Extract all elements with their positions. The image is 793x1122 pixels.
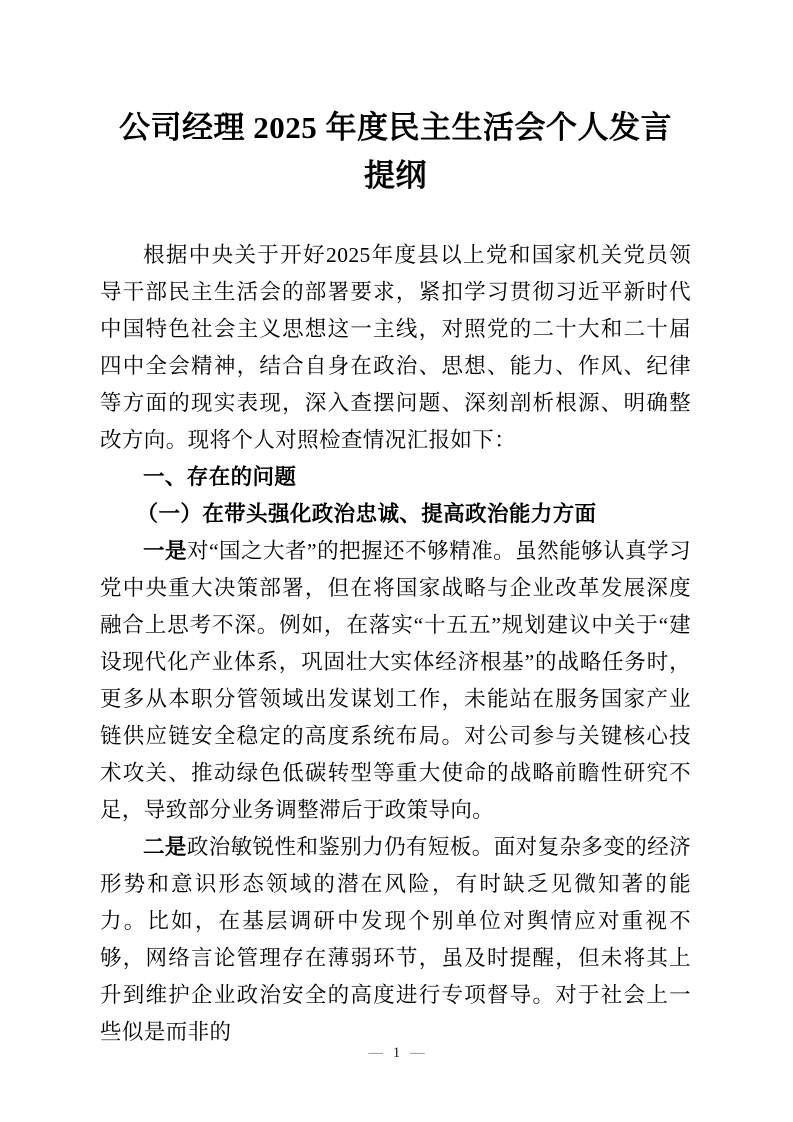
document-title: 公司经理 2025 年度民主生活会个人发言 提纲: [100, 104, 691, 200]
item-2-paragraph: 二是政治敏锐性和鉴别力仍有短板。面对复杂多变的经济形势和意识形态领域的潜在风险，…: [100, 829, 691, 1051]
item-1-text: 对“国之大者”的把握还不够精准。虽然能够认真学习党中央重大决策部署，但在将国家战…: [100, 539, 691, 822]
document-page: 公司经理 2025 年度民主生活会个人发言 提纲 根据中央关于开好2025年度县…: [0, 0, 793, 1122]
footer-dash-right: —: [410, 1045, 425, 1061]
item-1-lead: 一是: [143, 539, 187, 563]
section-1-heading: 一、存在的问题: [100, 459, 691, 496]
item-2-text: 政治敏锐性和鉴别力仍有短板。面对复杂多变的经济形势和意识形态领域的潜在风险，有时…: [100, 835, 691, 1044]
document-title-line-1: 公司经理 2025 年度民主生活会个人发言: [100, 104, 691, 152]
item-1-paragraph: 一是对“国之大者”的把握还不够精准。虽然能够认真学习党中央重大决策部署，但在将国…: [100, 533, 691, 829]
footer-dash-left: —: [368, 1045, 383, 1061]
intro-paragraph: 根据中央关于开好2025年度县以上党和国家机关党员领导干部民主生活会的部署要求，…: [100, 237, 691, 459]
document-title-line-2: 提纲: [100, 152, 691, 200]
item-2-lead: 二是: [143, 835, 187, 859]
subsection-1-1-heading: （一）在带头强化政治忠诚、提高政治能力方面: [100, 496, 691, 533]
page-footer: —1—: [0, 1044, 793, 1062]
page-number: 1: [393, 1044, 400, 1062]
